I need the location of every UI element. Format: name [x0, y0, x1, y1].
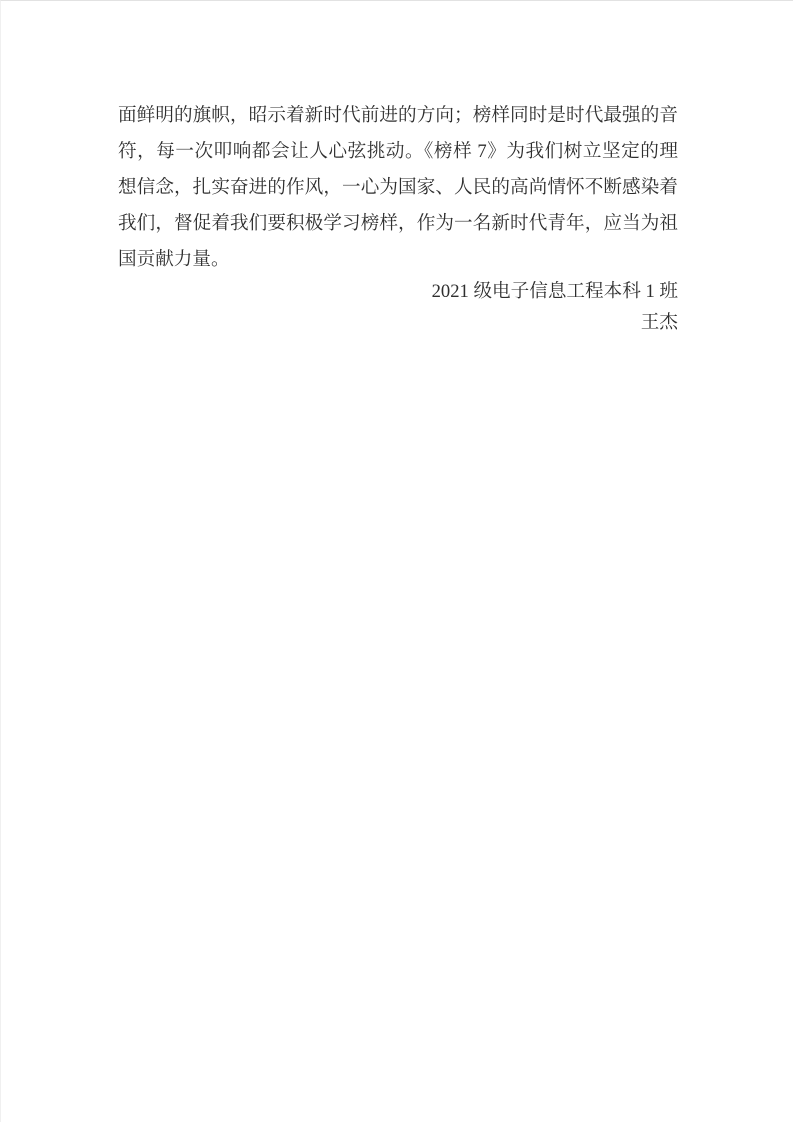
- signature-name-line: 王杰: [118, 307, 678, 338]
- body-line-last: 国贡献力量。: [118, 242, 678, 278]
- essay-text-block: 面鲜明的旗帜，昭示着新时代前进的方向；榜样同时是时代最强的音 符，每一次叩响都会…: [118, 98, 678, 338]
- signature-class-line: 2021 级电子信息工程本科 1 班: [118, 276, 678, 307]
- signature-block: 2021 级电子信息工程本科 1 班 王杰: [118, 276, 678, 338]
- body-line: 符，每一次叩响都会让人心弦挑动。《榜样 7》为我们树立坚定的理: [118, 134, 678, 170]
- body-line: 想信念，扎实奋进的作风，一心为国家、人民的高尚情怀不断感染着: [118, 170, 678, 206]
- body-line: 面鲜明的旗帜，昭示着新时代前进的方向；榜样同时是时代最强的音: [118, 98, 678, 134]
- document-page: 面鲜明的旗帜，昭示着新时代前进的方向；榜样同时是时代最强的音 符，每一次叩响都会…: [0, 0, 793, 1122]
- body-line: 我们，督促着我们要积极学习榜样，作为一名新时代青年，应当为祖: [118, 206, 678, 242]
